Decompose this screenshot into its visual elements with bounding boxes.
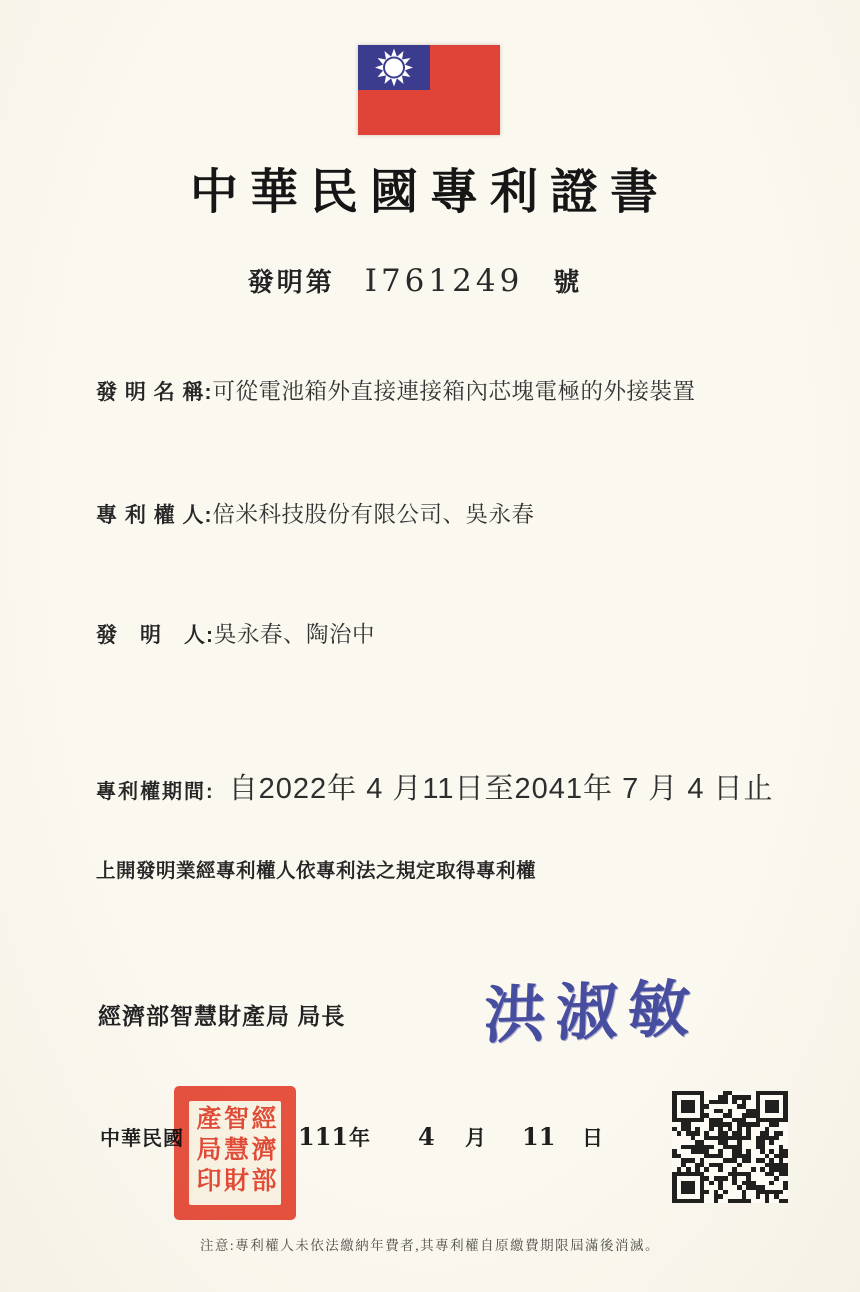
field-value: 吳永春、陶治中	[214, 617, 375, 649]
month-unit: 月	[465, 1122, 486, 1152]
official-seal-text: 經濟部 智慧財 產局印	[189, 1101, 281, 1205]
seal-column: 智慧財	[223, 1105, 248, 1201]
taiwan-flag	[358, 45, 500, 135]
legal-statement: 上開發明業經專利權人依專利法之規定取得專利權	[96, 855, 536, 883]
director-general-signature: 洪淑敏	[483, 958, 726, 1056]
field-label: 發 明 人:	[96, 619, 214, 649]
field-label: 發 明 名 稱:	[96, 376, 213, 406]
field-value: 自2022年 4 月11日至2041年 7 月 4 日止	[229, 766, 774, 807]
footer-note: 注意:專利權人未依法繳納年費者,其專利權自原繳費期限屆滿後消滅。	[0, 1234, 860, 1254]
era-label: 中華民國	[100, 1122, 184, 1151]
flag-sun-icon	[358, 45, 500, 135]
field-invention-name: 發 明 名 稱: 可從電池箱外直接連接箱內芯塊電極的外接裝置	[96, 374, 820, 406]
certificate-title: 中華民國專利證書	[0, 153, 860, 222]
cert-no-prefix: 發明第	[248, 262, 335, 299]
field-label: 專利權期間:	[96, 775, 215, 804]
cert-no-suffix: 號	[553, 262, 582, 299]
field-value: 可從電池箱外直接連接箱內芯塊電極的外接裝置	[213, 374, 696, 406]
qr-code	[672, 1091, 788, 1203]
patent-certificate-page: 中華民國專利證書 發明第 I761249 號 發 明 名 稱: 可從電池箱外直接…	[0, 0, 860, 1292]
field-value: 倍米科技股份有限公司、吳永春	[213, 497, 535, 529]
issue-day: 11	[522, 1122, 555, 1151]
certificate-number-line: 發明第 I761249 號	[0, 262, 830, 299]
issue-month: 4	[418, 1122, 435, 1151]
day-unit: 日	[582, 1122, 603, 1152]
seal-column: 產局印	[195, 1105, 220, 1201]
year-unit: 年	[349, 1122, 370, 1152]
seal-column: 經濟部	[250, 1105, 275, 1201]
issuer-title: 經濟部智慧財產局 局長	[98, 998, 345, 1031]
field-patentee: 專 利 權 人: 倍米科技股份有限公司、吳永春	[96, 497, 820, 529]
official-seal: 經濟部 智慧財 產局印	[174, 1086, 296, 1220]
issue-year: 111	[298, 1122, 348, 1151]
cert-no-value: I761249	[365, 263, 524, 299]
field-patent-term: 專利權期間: 自2022年 4 月11日至2041年 7 月 4 日止	[96, 766, 820, 807]
field-inventors: 發 明 人: 吳永春、陶治中	[96, 617, 820, 649]
field-label: 專 利 權 人:	[96, 499, 213, 529]
